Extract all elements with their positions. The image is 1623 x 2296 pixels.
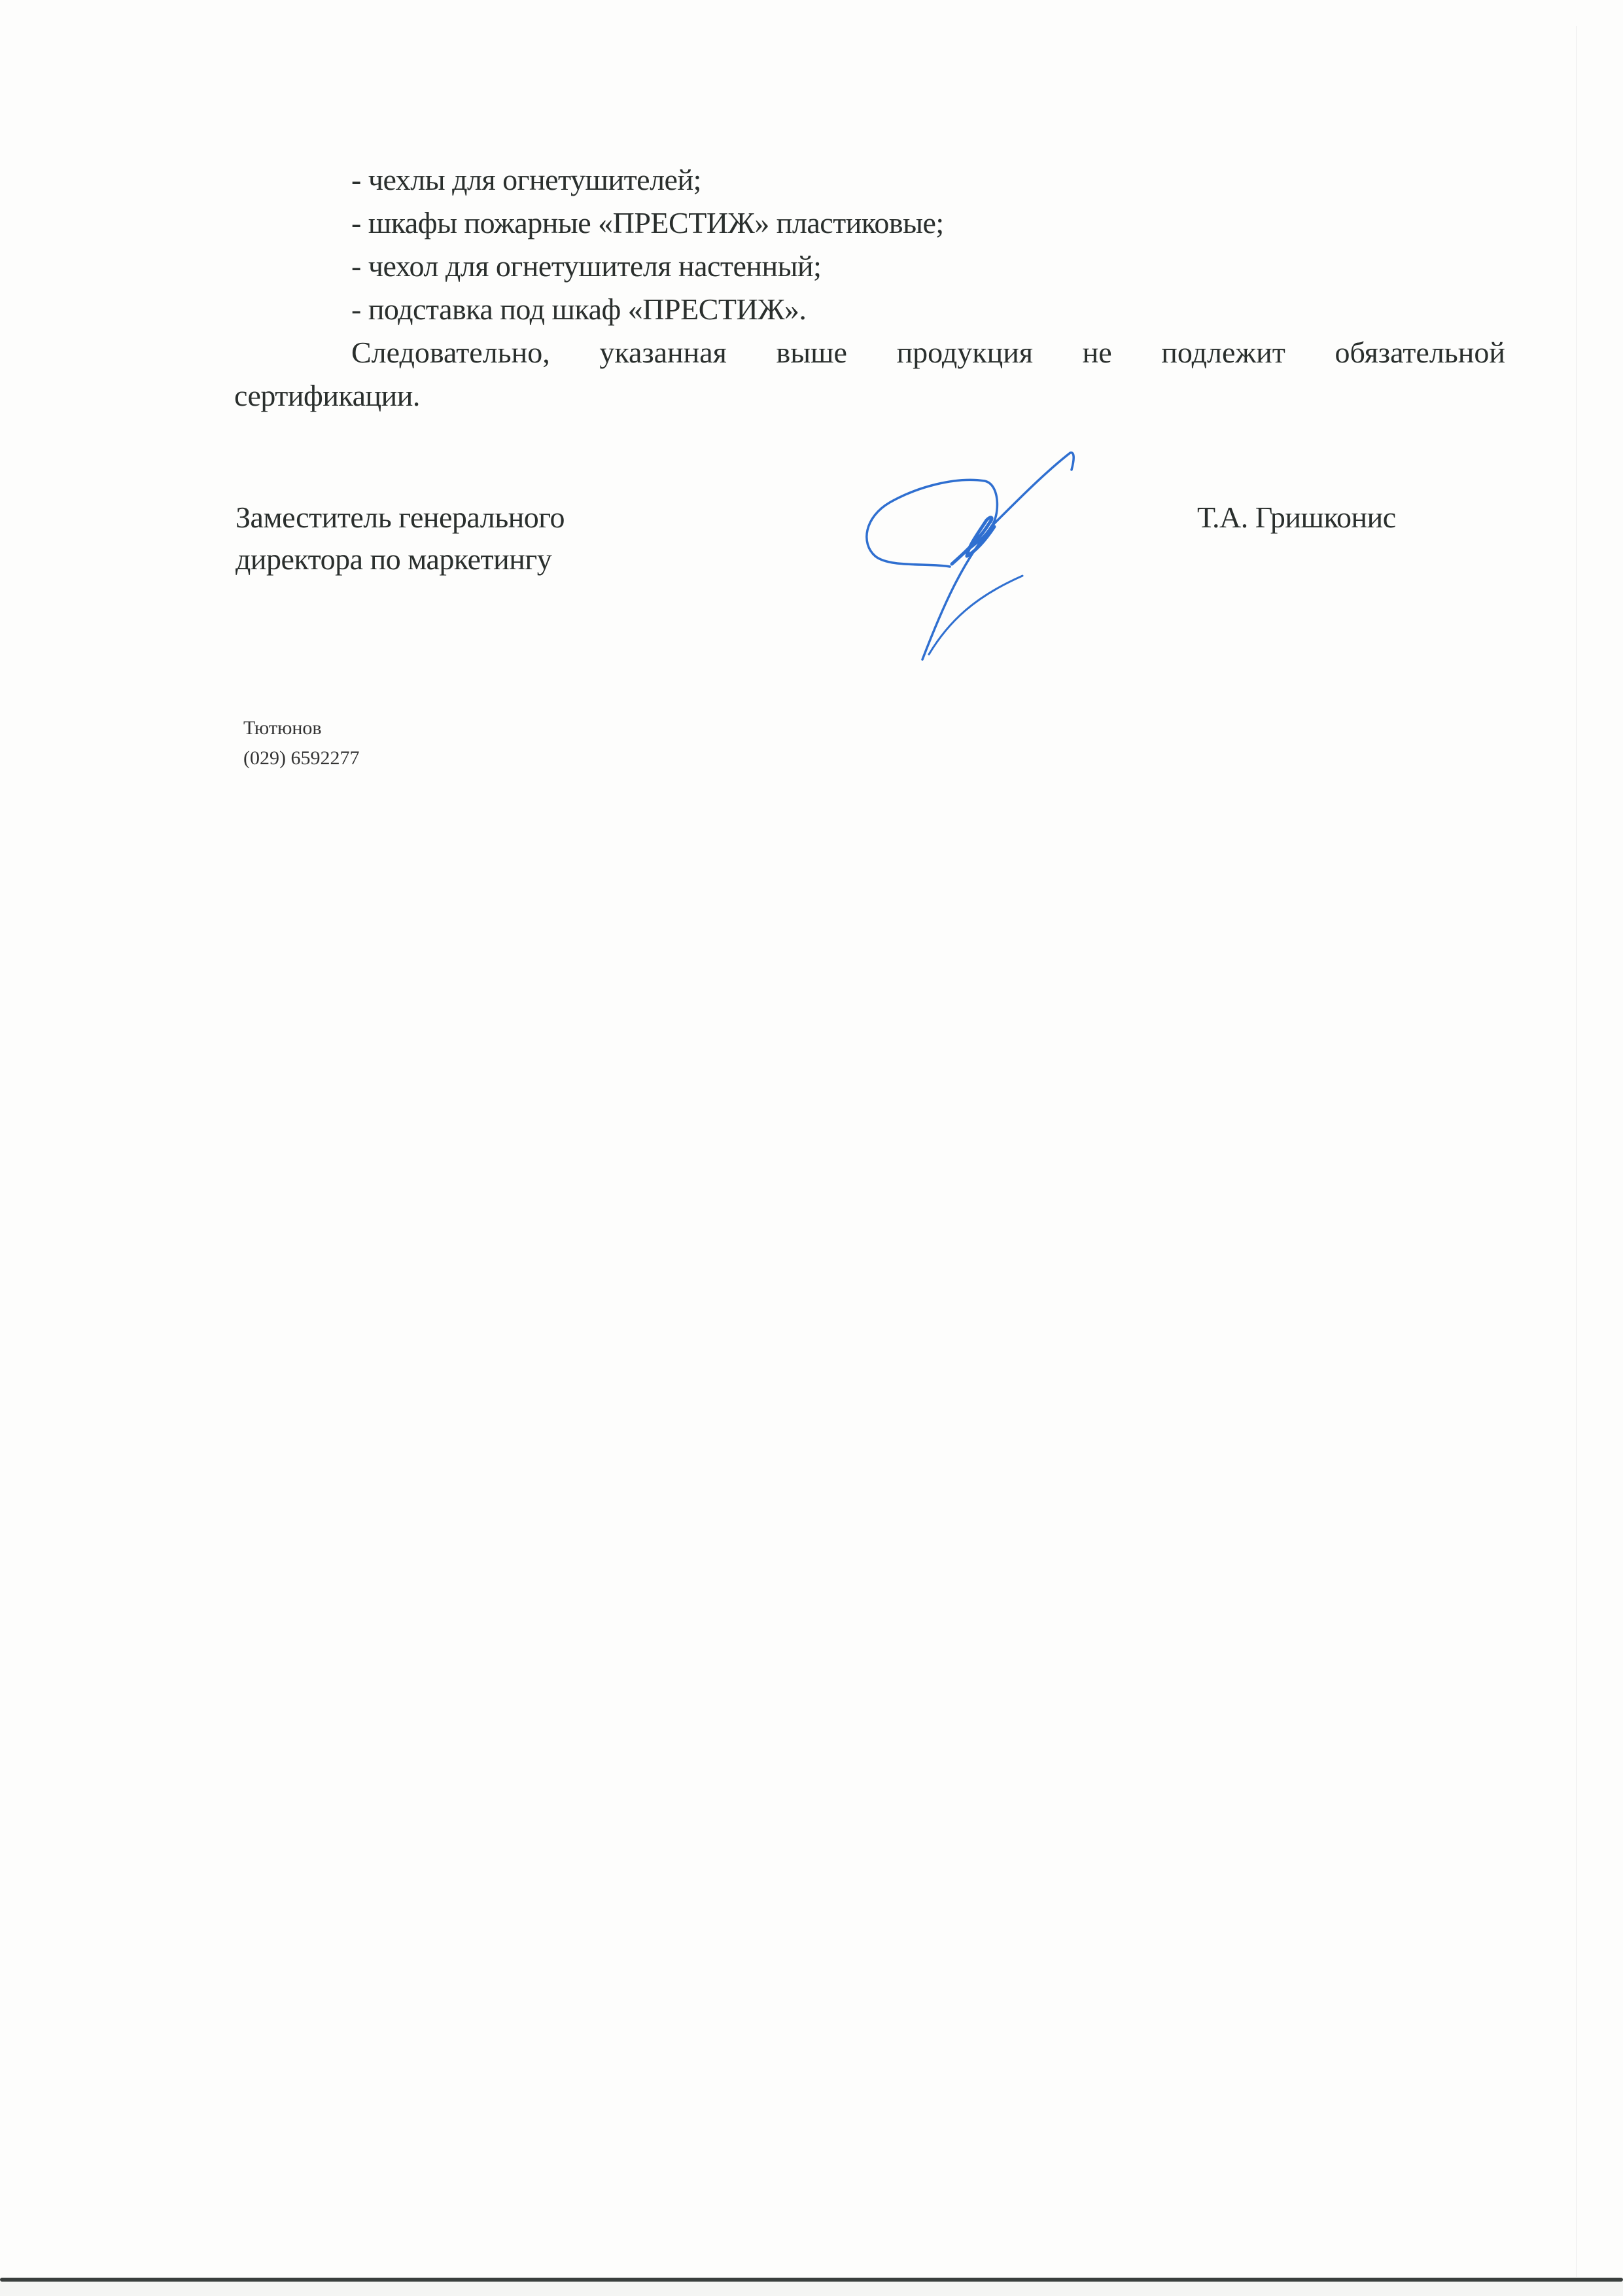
signer-position-line-2: директора по маркетингу	[236, 544, 551, 574]
executor-phone: (029) 6592277	[243, 749, 359, 768]
letter-page: - чехлы для огнетушителей; - шкафы пожар…	[0, 0, 1623, 2296]
list-item: - шкафы пожарные «ПРЕСТИЖ» пластиковые;	[351, 208, 944, 238]
signer-name: Т.А. Гришконис	[1197, 503, 1396, 533]
conclusion-line-1: Следовательно, указанная выше продукция …	[351, 338, 1505, 368]
list-item: - подставка под шкаф «ПРЕСТИЖ».	[351, 294, 806, 325]
list-item: - чехол для огнетушителя настенный;	[351, 251, 821, 281]
list-item: - чехлы для огнетушителей;	[351, 165, 701, 195]
scan-background	[0, 2282, 1623, 2296]
scan-artifact-line	[1576, 26, 1577, 2277]
executor-name: Тютюнов	[243, 718, 322, 738]
signer-position-line-1: Заместитель генерального	[236, 503, 565, 533]
conclusion-line-2: сертификации.	[234, 381, 420, 411]
